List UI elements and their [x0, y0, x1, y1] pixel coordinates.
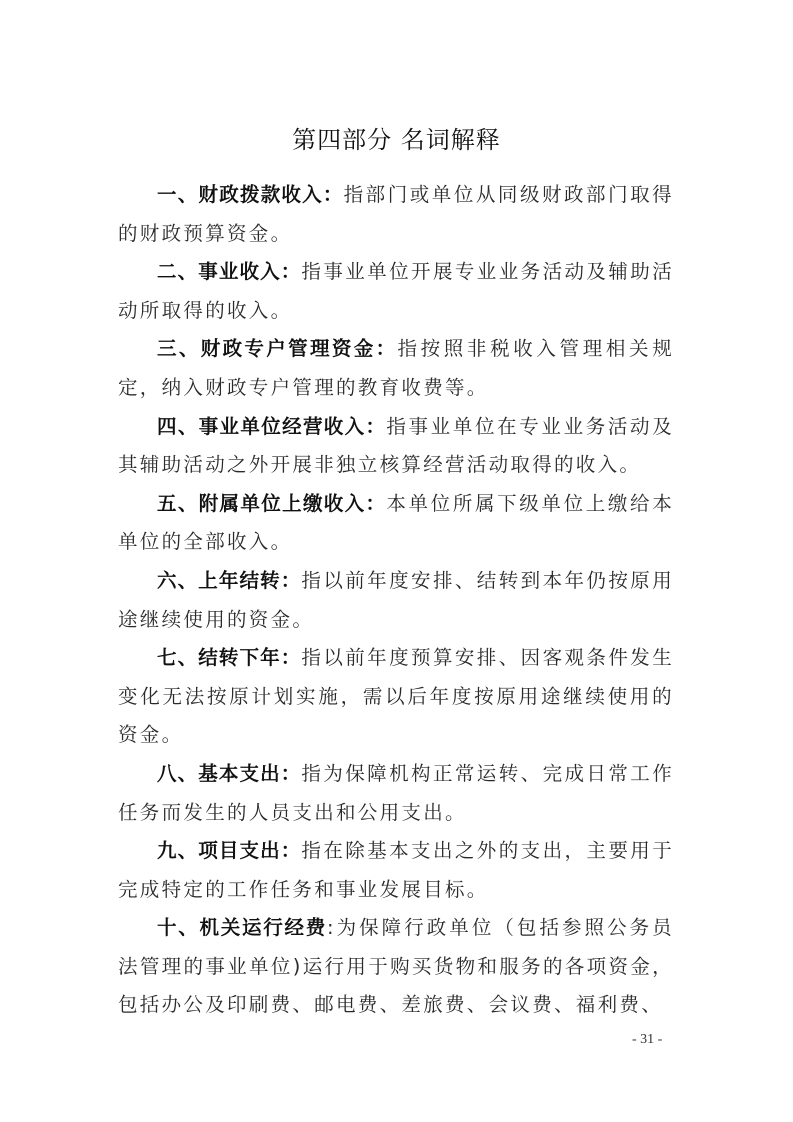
definition-term: 二、事业收入：	[157, 260, 301, 283]
definitions-list: 一、财政拨款收入：指部门或单位从同级财政部门取得的财政预算资金。 二、事业收入：…	[118, 176, 674, 1025]
definition-item: 九、项目支出：指在除基本支出之外的支出，主要用于完成特定的工作任务和事业发展目标…	[118, 832, 674, 909]
definition-item: 一、财政拨款收入：指部门或单位从同级财政部门取得的财政预算资金。	[118, 176, 674, 253]
page-title: 第四部分 名词解释	[0, 120, 793, 155]
definition-item: 五、附属单位上缴收入：本单位所属下级单位上缴给本单位的全部收入。	[118, 485, 674, 562]
definition-item: 四、事业单位经营收入：指事业单位在专业业务活动及其辅助活动之外开展非独立核算经营…	[118, 408, 674, 485]
definition-term: 八、基本支出：	[157, 762, 301, 785]
definition-item: 二、事业收入：指事业单位开展专业业务活动及辅助活动所取得的收入。	[118, 253, 674, 330]
definition-term: 九、项目支出：	[157, 839, 301, 862]
definition-term: 五、附属单位上缴收入：	[157, 492, 386, 515]
definition-term: 六、上年结转：	[157, 569, 301, 592]
definition-item: 六、上年结转：指以前年度安排、结转到本年仍按原用途继续使用的资金。	[118, 562, 674, 639]
definition-term: 十、机关运行经费	[157, 916, 327, 939]
definition-item: 三、财政专户管理资金：指按照非税收入管理相关规定，纳入财政专户管理的教育收费等。	[118, 330, 674, 407]
definition-item: 七、结转下年：指以前年度预算安排、因客观条件发生变化无法按原计划实施，需以后年度…	[118, 639, 674, 755]
definition-term: 四、事业单位经营收入：	[157, 415, 386, 438]
definition-term: 三、财政专户管理资金：	[157, 337, 397, 360]
definition-term: 七、结转下年：	[157, 646, 301, 669]
page-number: - 31 -	[632, 1032, 662, 1048]
definition-term: 一、财政拨款收入：	[157, 183, 344, 206]
definition-item: 八、基本支出：指为保障机构正常运转、完成日常工作任务而发生的人员支出和公用支出。	[118, 755, 674, 832]
definition-item: 十、机关运行经费:为保障行政单位（包括参照公务员法管理的事业单位)运行用于购买货…	[118, 909, 674, 1025]
